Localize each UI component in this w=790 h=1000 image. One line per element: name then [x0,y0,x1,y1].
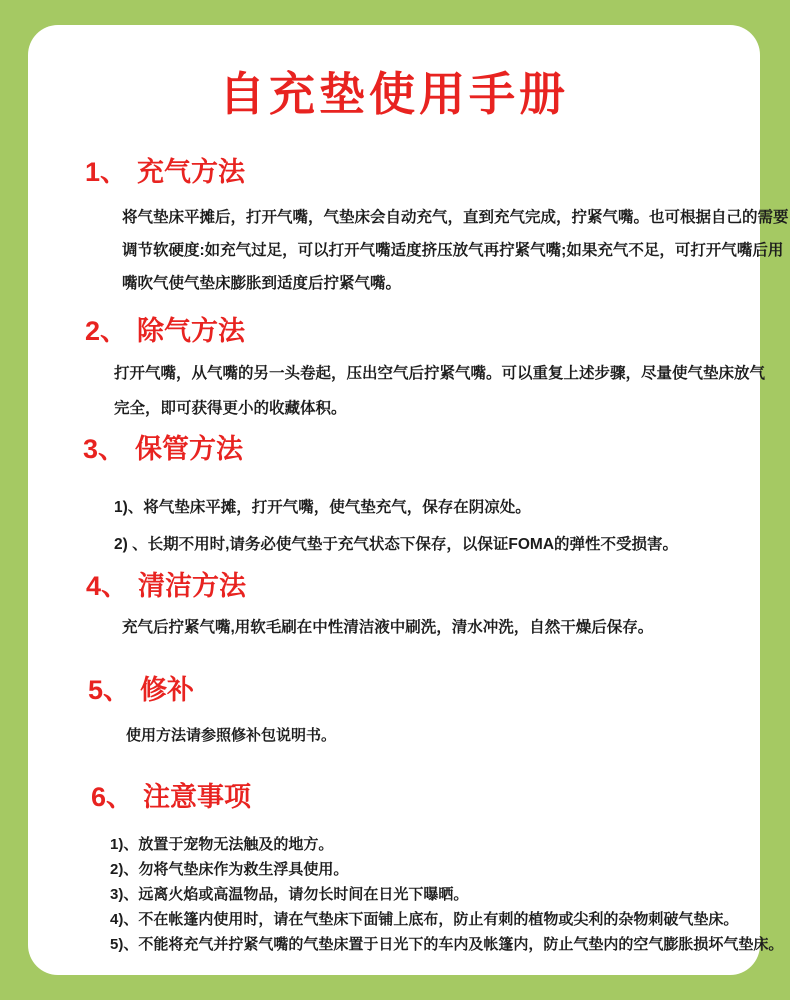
section-title: 修补 [140,675,194,705]
section-body: 将气垫床平摊后，打开气嘴，气垫床会自动充气，直到充气完成，拧紧气嘴。也可根据自己… [28,201,760,300]
section-heading: 4、清洁方法 [28,571,760,601]
section-body: 打开气嘴，从气嘴的另一头卷起，压出空气后拧紧气嘴。可以重复上述步骤，尽量使气垫床… [28,356,760,426]
body-line: 2)、勿将气垫床作为救生浮具使用。 [110,857,760,882]
section-title: 清洁方法 [138,571,246,601]
body-line: 调节软硬度:如充气过足，可以打开气嘴适度挤压放气再拧紧气嘴;如果充气不足，可打开… [122,234,760,267]
manual-card: 自充垫使用手册 1、充气方法 将气垫床平摊后，打开气嘴，气垫床会自动充气，直到充… [28,25,760,975]
body-line: 打开气嘴，从气嘴的另一头卷起，压出空气后拧紧气嘴。可以重复上述步骤，尽量使气垫床… [114,356,760,391]
page-title: 自充垫使用手册 [28,25,760,119]
section-number: 4、 [86,571,128,601]
body-line: 将气垫床平摊后，打开气嘴，气垫床会自动充气，直到充气完成，拧紧气嘴。也可根据自己… [122,201,760,234]
body-line: 2) 、长期不用时,请务必使气垫于充气状态下保存，以保证FOMA的弹性不受损害。 [114,526,760,563]
body-line: 4)、不在帐篷内使用时，请在气垫床下面铺上底布，防止有刺的植物或尖利的杂物刺破气… [110,907,760,932]
section-cleaning: 4、清洁方法 充气后拧紧气嘴,用软毛刷在中性清洁液中刷洗，清水冲洗，自然干燥后保… [28,571,760,643]
body-line: 使用方法请参照修补包说明书。 [126,722,760,750]
section-heading: 6、注意事项 [28,782,760,812]
section-heading: 2、除气方法 [28,316,760,346]
section-inflation: 1、充气方法 将气垫床平摊后，打开气嘴，气垫床会自动充气，直到充气完成，拧紧气嘴… [28,157,760,300]
section-number: 2、 [85,316,127,346]
section-body: 使用方法请参照修补包说明书。 [28,722,760,750]
section-title: 除气方法 [137,316,245,346]
manual-page: { "page": { "background_color": "#a5c963… [0,0,790,1000]
section-number: 3、 [83,434,125,464]
body-line: 1)、将气垫床平摊，打开气嘴，使气垫充气，保存在阴凉处。 [114,489,760,526]
section-heading: 1、充气方法 [28,157,760,187]
body-line: 3)、远离火焰或高温物品，请勿长时间在日光下曝晒。 [110,882,760,907]
section-heading: 3、保管方法 [28,434,760,464]
section-precautions: 6、注意事项 1)、放置于宠物无法触及的地方。2)、勿将气垫床作为救生浮具使用。… [28,782,760,957]
section-heading: 5、修补 [28,675,760,705]
body-line: 嘴吹气使气垫床膨胀到适度后拧紧气嘴。 [122,267,760,300]
section-body: 充气后拧紧气嘴,用软毛刷在中性清洁液中刷洗，清水冲洗，自然干燥后保存。 [28,613,760,643]
section-title: 充气方法 [137,157,245,187]
section-repair: 5、修补 使用方法请参照修补包说明书。 [28,675,760,750]
section-title: 注意事项 [143,782,251,812]
body-line: 完全，即可获得更小的收藏体积。 [114,391,760,426]
section-number: 5、 [88,675,130,705]
body-line: 充气后拧紧气嘴,用软毛刷在中性清洁液中刷洗，清水冲洗，自然干燥后保存。 [122,613,760,643]
section-storage: 3、保管方法 1)、将气垫床平摊，打开气嘴，使气垫充气，保存在阴凉处。2) 、长… [28,434,760,563]
section-number: 1、 [85,157,127,187]
section-body: 1)、放置于宠物无法触及的地方。2)、勿将气垫床作为救生浮具使用。3)、远离火焰… [28,832,760,957]
section-body: 1)、将气垫床平摊，打开气嘴，使气垫充气，保存在阴凉处。2) 、长期不用时,请务… [28,489,760,563]
body-line: 1)、放置于宠物无法触及的地方。 [110,832,760,857]
body-line: 5)、不能将充气并拧紧气嘴的气垫床置于日光下的车内及帐篷内，防止气垫内的空气膨胀… [110,932,760,957]
section-number: 6、 [91,782,133,812]
section-deflation: 2、除气方法 打开气嘴，从气嘴的另一头卷起，压出空气后拧紧气嘴。可以重复上述步骤… [28,316,760,426]
section-title: 保管方法 [135,434,243,464]
